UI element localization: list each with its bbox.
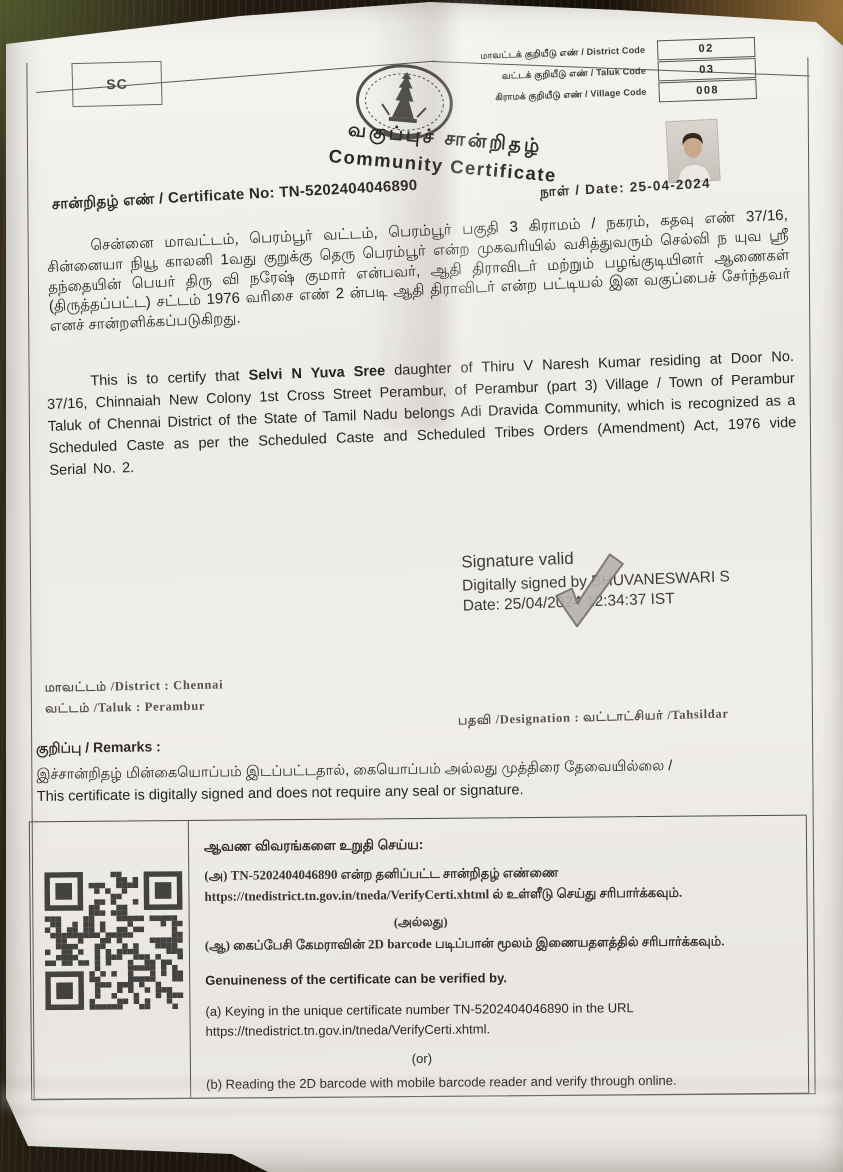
verify-heading-tamil: ஆவண விவரங்களை உறுதி செய்ய: bbox=[204, 834, 788, 857]
classification-label: SC bbox=[106, 76, 128, 93]
location-block: மாவட்டம் /District : Chennai வட்டம் /Tal… bbox=[45, 674, 224, 720]
certified-name: Selvi N Yuva Sree bbox=[248, 363, 385, 384]
body-en-prefix: This is to certify that bbox=[90, 368, 249, 390]
verify-or-tamil: (அல்லது) bbox=[275, 910, 567, 933]
village-code-value: 008 bbox=[658, 79, 757, 102]
verify-option-a-english: (a) Keying in the unique certificate num… bbox=[205, 996, 789, 1041]
classification-box: SC bbox=[71, 61, 162, 107]
district-code-label: மாவட்டக் குறியீடு எண் / District Code bbox=[467, 45, 645, 63]
verify-option-a-tamil: (அ) TN-5202404046890 என்ற தனிப்பட்ட சான்… bbox=[204, 861, 788, 908]
codes-table: மாவட்டக் குறியீடு எண் / District Code 02… bbox=[467, 37, 757, 110]
verification-box: ஆவண விவரங்களை உறுதி செய்ய: (அ) TN-520240… bbox=[29, 815, 809, 1101]
verification-text-column: ஆவண விவரங்களை உறுதி செய்ய: (அ) TN-520240… bbox=[204, 834, 790, 1095]
qr-code bbox=[44, 871, 183, 1010]
body-en-rest: daughter of Thiru V Naresh Kumar residin… bbox=[47, 349, 797, 479]
verify-option-b-tamil: (ஆ) கைப்பேசி கேமராவின் 2D barcode படிப்ப… bbox=[205, 930, 789, 956]
photo-face-icon bbox=[670, 128, 717, 182]
photographed-certificate: { "classification": "SC", "codes": [ {"l… bbox=[0, 0, 843, 1172]
qr-divider bbox=[188, 821, 191, 1098]
remarks-section: குறிப்பு / Remarks : இச்சான்றிதழ் மின்கை… bbox=[36, 729, 801, 805]
verify-or-english: (or) bbox=[276, 1048, 568, 1071]
village-code-label: கிராமக் குறியீடு எண் / Village Code bbox=[469, 87, 647, 105]
verify-heading-english: Genuineness of the certificate can be ve… bbox=[205, 966, 789, 991]
taluk-code-label: வட்டக் குறியீடு எண் / Taluk Code bbox=[468, 66, 646, 84]
signature-check-icon bbox=[541, 545, 629, 633]
district-line: மாவட்டம் /District : Chennai bbox=[45, 674, 224, 698]
taluk-line: வட்டம் /Taluk : Perambur bbox=[45, 696, 224, 720]
applicant-photo bbox=[665, 119, 720, 184]
district-code-value: 02 bbox=[657, 37, 756, 60]
taluk-code-value: 03 bbox=[658, 58, 757, 81]
verify-option-b-english: (b) Reading the 2D barcode with mobile b… bbox=[206, 1070, 790, 1095]
